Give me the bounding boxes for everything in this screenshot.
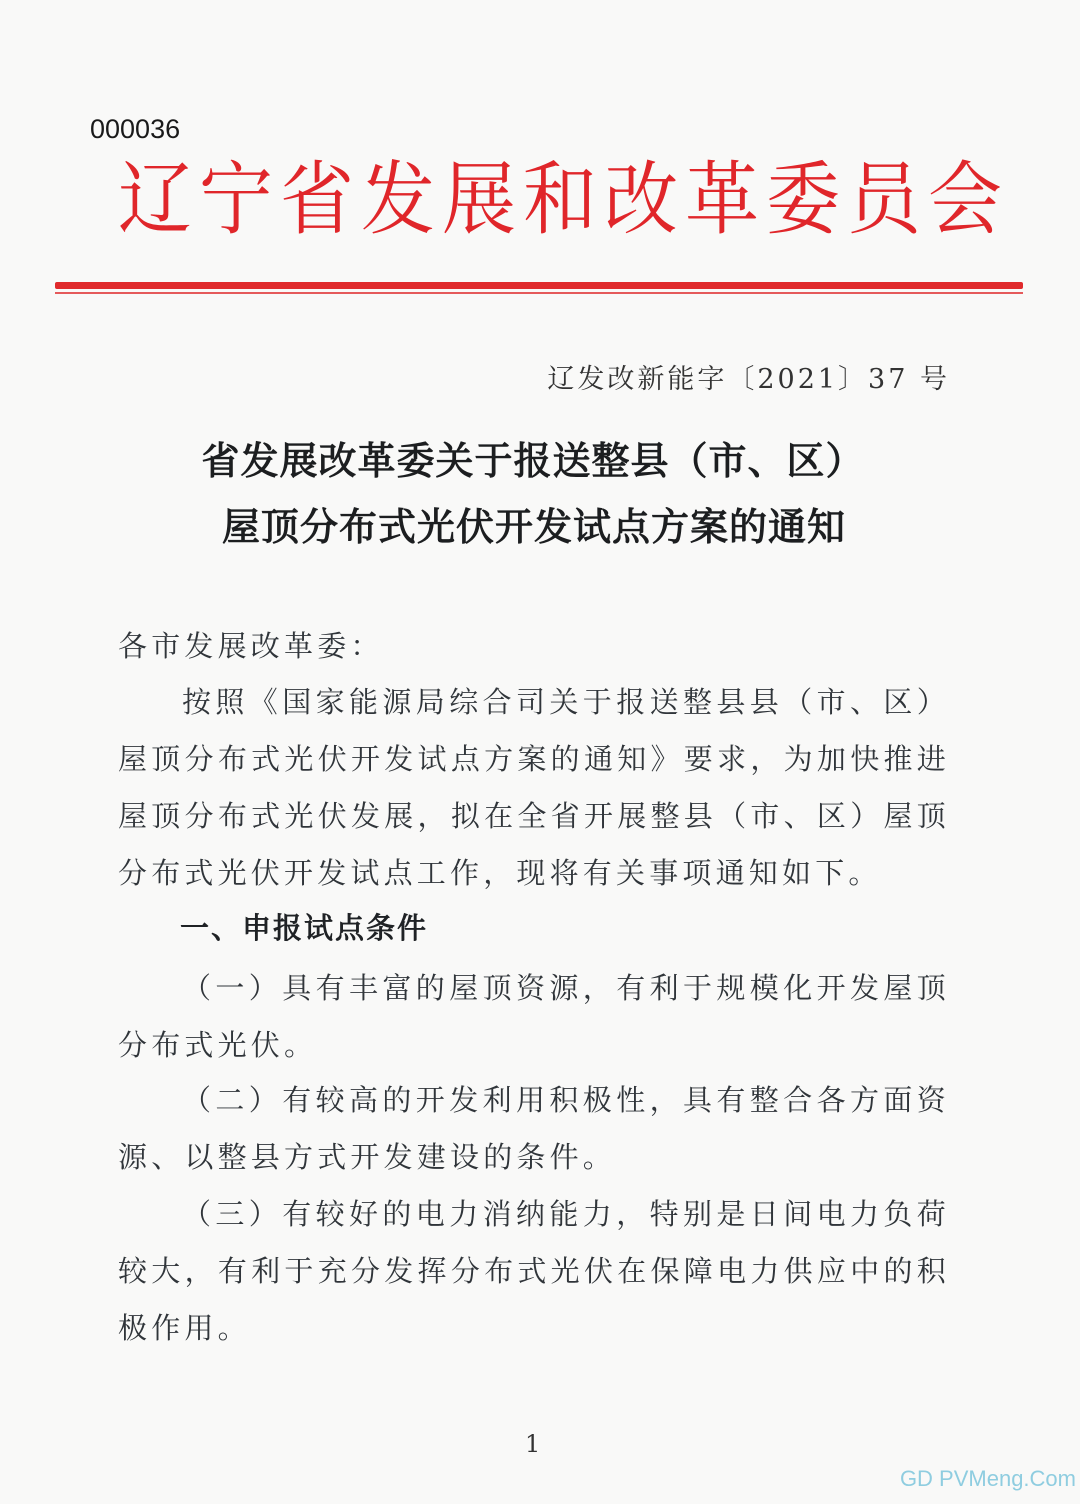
watermark: GD PVMeng.Com: [900, 1466, 1076, 1492]
intro-paragraph: 按照《国家能源局综合司关于报送整县县（市、区）屋顶分布式光伏开发试点方案的通知》…: [118, 674, 950, 902]
document-title-line-1: 省发展改革委关于报送整县（市、区）: [0, 430, 1073, 485]
letterhead-red-rule: [55, 282, 1023, 289]
section-heading: 一、申报试点条件: [180, 906, 428, 947]
agency-letterhead: 辽宁省发展和改革委员会: [118, 146, 958, 254]
condition-item-1: （一）具有丰富的屋顶资源，有利于规模化开发屋顶分布式光伏。: [118, 960, 950, 1074]
serial-number: 000036: [90, 114, 180, 145]
page-number: 1: [525, 1430, 540, 1458]
condition-item-3: （三）有较好的电力消纳能力，特别是日间电力负荷较大，有利于充分发挥分布式光伏在保…: [118, 1186, 950, 1357]
condition-item-2: （二）有较高的开发利用积极性，具有整合各方面资源、以整县方式开发建设的条件。: [118, 1072, 950, 1186]
letterhead-red-rule-thin: [55, 292, 1023, 294]
document-number: 辽发改新能字〔2021〕37 号: [547, 357, 950, 396]
document-title-line-2: 屋顶分布式光伏开发试点方案的通知: [0, 496, 1074, 551]
salutation: 各市发展改革委：: [118, 618, 950, 675]
